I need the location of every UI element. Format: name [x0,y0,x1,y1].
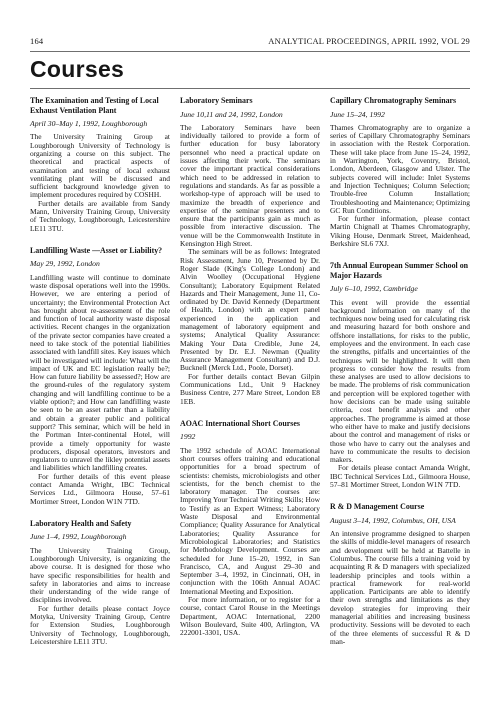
course-paragraph: The University Training Group at Loughbo… [30,133,170,199]
course-title: Laboratory Seminars [180,96,320,105]
course-section: The Examination and Testing of Local Exh… [30,96,170,233]
course-title: The Examination and Testing of Local Exh… [30,96,170,115]
course-date: August 3–14, 1992, Columbus, OH, USA [330,516,470,525]
column-1: The Examination and Testing of Local Exh… [30,96,170,659]
top-rule [30,51,470,52]
title-rule [30,88,470,89]
course-contact-paragraph: Further details are available from Sandy… [30,200,170,233]
course-section: AOAC International Short Courses 1992 Th… [180,419,320,638]
course-section: Capillary Chromatography Seminars June 1… [330,96,470,248]
course-section: Laboratory Seminars June 10,11 and 24, 1… [180,96,320,406]
course-title: Capillary Chromatography Seminars [330,96,470,105]
course-date: June 1–4, 1992, Loughborough [30,532,170,541]
course-paragraph: The 1992 schedule of AOAC International … [180,447,320,596]
course-contact-paragraph: For more information, or to register for… [180,596,320,637]
course-contact-paragraph: For further details of this event please… [30,473,170,506]
column-3: Capillary Chromatography Seminars June 1… [330,96,470,659]
course-paragraph: The seminars will be as follows: Integra… [180,248,320,372]
course-date: 1992 [180,432,320,441]
course-contact-paragraph: For further details contact Bevan Gilpin… [180,373,320,406]
course-section: Laboratory Health and Safety June 1–4, 1… [30,519,170,646]
course-paragraph: The Laboratory Seminars have been indivi… [180,124,320,248]
course-contact-paragraph: For further information, please contact … [330,215,470,248]
course-contact-paragraph: For further details please contact Joyce… [30,605,170,646]
course-title: R & D Management Course [330,502,470,511]
course-date: April 30–May 1, 1992, Loughborough [30,119,170,128]
page-number: 164 [30,36,43,46]
course-date: June 15–24, 1992 [330,110,470,119]
course-columns: The Examination and Testing of Local Exh… [30,96,470,659]
journal-title: ANALYTICAL PROCEEDINGS, APRIL 1992, VOL … [268,36,470,46]
course-paragraph: Landfilling waste will continue to domin… [30,274,170,473]
course-title: AOAC International Short Courses [180,419,320,428]
course-contact-paragraph: For details please contact Amanda Wright… [330,464,470,489]
course-section: 7th Annual European Summer School on Maj… [330,261,470,489]
page-title: Courses [30,57,470,81]
course-section: R & D Management Course August 3–14, 199… [330,502,470,646]
column-2: Laboratory Seminars June 10,11 and 24, 1… [180,96,320,659]
course-paragraph: This event will provide the essential ba… [330,299,470,465]
running-head: 164 ANALYTICAL PROCEEDINGS, APRIL 1992, … [30,36,470,46]
course-date: July 6–10, 1992, Cambridge [330,284,470,293]
course-title: 7th Annual European Summer School on Maj… [330,261,470,280]
course-date: May 29, 1992, London [30,259,170,268]
course-section: Landfilling Waste —Asset or Liability? M… [30,246,170,506]
course-title: Landfilling Waste —Asset or Liability? [30,246,170,255]
course-paragraph: An intensive programme designed to sharp… [330,530,470,646]
course-title: Laboratory Health and Safety [30,519,170,528]
course-paragraph: Thames Chromatography are to organize a … [330,124,470,215]
course-date: June 10,11 and 24, 1992, London [180,110,320,119]
journal-page: 164 ANALYTICAL PROCEEDINGS, APRIL 1992, … [0,0,500,719]
course-paragraph: The University Training Group, Loughboro… [30,547,170,605]
